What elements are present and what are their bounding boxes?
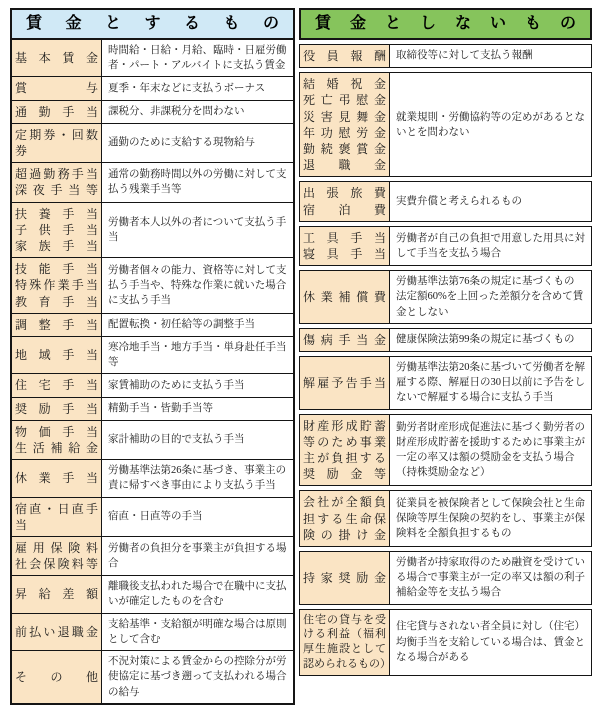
row-label-cell: 工具手当 寝具手当 xyxy=(300,227,390,265)
row-label: 役員報酬 xyxy=(303,48,386,64)
wage-excluded-row: 休業補償費 労働基準法第76条の規定に基づくもの 法定額60%を上回った差額分を… xyxy=(299,270,592,324)
row-label: 会社が全額負 担する生命保 険の掛け金 xyxy=(303,494,386,543)
row-label: 通勤手当 xyxy=(15,104,98,120)
wage-included-row: 扶養手当 子供手当 家族手当 労働者本人以外の者について支払う手当 xyxy=(12,202,293,258)
row-description-cell: 課税分、非課税分を問わない xyxy=(102,101,293,123)
row-description: 住宅貸与されない者全員に対し（住宅）均衡手当を支給している場合は、賃金となる場合… xyxy=(396,619,587,665)
row-description: 通勤のために支給する現物給与 xyxy=(108,135,255,150)
wage-included-section: 賃金とするもの 基本賃金 時間給・日給・月給、臨時・日雇労働者・パート・アルバイ… xyxy=(10,8,295,705)
row-label-cell: 休業補償費 xyxy=(300,271,390,323)
row-label-cell: 会社が全額負 担する生命保 険の掛け金 xyxy=(300,491,390,546)
wage-included-row: 物価手当 生活補給金 家計補助の目的で支払う手当 xyxy=(12,420,293,459)
row-label: 結婚祝金 死亡弔慰金 災害見舞金 年功慰労金 勤続褒賞金 退職金 xyxy=(303,76,386,173)
wage-excluded-row: 出張旅費 宿泊費 実費弁償と考えられるもの xyxy=(299,181,592,221)
row-description: 労働者が自己の負担で用意した用具に対して手当を支払う場合 xyxy=(396,231,587,261)
row-label: 出張旅費 宿泊費 xyxy=(303,185,386,217)
row-description-cell: 労働者が持家取得のため融資を受けている場合で事業主が一定の率又は額の利子補給金等… xyxy=(390,552,591,604)
row-description-cell: 離職後支払われた場合で在職中に支払いが確定したものを含む xyxy=(102,576,293,612)
row-label-cell: 結婚祝金 死亡弔慰金 災害見舞金 年功慰労金 勤続褒賞金 退職金 xyxy=(300,73,390,176)
row-description: 配置転換・初任給等の調整手当 xyxy=(108,317,255,332)
row-label-cell: 地域手当 xyxy=(12,337,102,373)
row-label: 地域手当 xyxy=(15,347,98,363)
row-label-cell: 休業手当 xyxy=(12,460,102,496)
row-description: 労働基準法第76条の規定に基づくもの 法定額60%を上回った差額分を含めて賃金と… xyxy=(396,274,587,320)
row-label-cell: 物価手当 生活補給金 xyxy=(12,421,102,459)
row-label: 財産形成貯蓄 等のため事業 主が負担する 奨励金等 xyxy=(303,418,386,483)
wage-included-row: 賞与 夏季・年末などに支払うボーナス xyxy=(12,76,293,99)
row-label-cell: 雇用保険料 社会保険料等 xyxy=(12,537,102,575)
wage-included-row: 超過勤務手当 深夜手当等 通常の勤務時間以外の労働に対して支払う残業手当等 xyxy=(12,162,293,201)
row-label-cell: 財産形成貯蓄 等のため事業 主が負担する 奨励金等 xyxy=(300,415,390,486)
wage-included-row: 宿直・日直手当 宿直・日直等の手当 xyxy=(12,497,293,536)
row-label-cell: 基本賃金 xyxy=(12,40,102,76)
row-description: 労働基準法第20条に基づいて労働者を解雇する際、解雇日の30日以前に予告をしない… xyxy=(396,360,587,406)
row-label: 調整手当 xyxy=(15,317,98,333)
row-description: 実費弁償と考えられるもの xyxy=(396,194,522,209)
row-label: 技能手当 特殊作業手当 教育手当 xyxy=(15,261,98,310)
row-description: 勤労者財産形成促進法に基づく勤労者の財産形成貯蓄を援助するために事業主が一定の率… xyxy=(396,420,587,481)
wage-included-row: 通勤手当 課税分、非課税分を問わない xyxy=(12,100,293,123)
wage-included-row: 奨励手当 精勤手当・皆勤手当等 xyxy=(12,397,293,420)
row-description: 通常の勤務時間以外の労働に対して支払う残業手当等 xyxy=(108,167,289,197)
row-label-cell: 通勤手当 xyxy=(12,101,102,123)
row-label-cell: 住宅手当 xyxy=(12,374,102,396)
row-label: 休業手当 xyxy=(15,470,98,486)
row-description-cell: 支給基準・支給額が明確な場合は原則として含む xyxy=(102,614,293,650)
row-label-cell: 超過勤務手当 深夜手当等 xyxy=(12,163,102,201)
row-description: 家賃補助のために支払う手当 xyxy=(108,378,245,393)
row-description: 支給基準・支給額が明確な場合は原則として含む xyxy=(108,617,289,647)
row-label: その他 xyxy=(15,669,98,685)
row-label: 奨励手当 xyxy=(15,401,98,417)
row-description-cell: 勤労者財産形成促進法に基づく勤労者の財産形成貯蓄を援助するために事業主が一定の率… xyxy=(390,415,591,486)
row-label-cell: 傷病手当金 xyxy=(300,329,390,351)
row-description-cell: 精勤手当・皆勤手当等 xyxy=(102,398,293,420)
row-description-cell: 配置転換・初任給等の調整手当 xyxy=(102,314,293,336)
row-description: 時間給・日給・月給、臨時・日雇労働者・パート・アルバイトに支払う賃金 xyxy=(108,43,289,73)
row-label-cell: 賞与 xyxy=(12,77,102,99)
row-label-cell: 昇給差額 xyxy=(12,576,102,612)
row-description-cell: 家賃補助のために支払う手当 xyxy=(102,374,293,396)
wage-included-row: 雇用保険料 社会保険料等 労働者の負担分を事業主が負担する場合 xyxy=(12,536,293,575)
row-description-cell: 労働者の負担分を事業主が負担する場合 xyxy=(102,537,293,575)
row-description-cell: 夏季・年末などに支払うボーナス xyxy=(102,77,293,99)
row-description-cell: 労働者個々の能力、資格等に対して支払う手当や、特殊な作業に就いた場合に支払う手当 xyxy=(102,258,293,313)
row-label-cell: 扶養手当 子供手当 家族手当 xyxy=(12,203,102,258)
wage-included-row: 調整手当 配置転換・初任給等の調整手当 xyxy=(12,313,293,336)
row-description-cell: 就業規則・労働協約等の定めがあるとないとを問わない xyxy=(390,73,591,176)
row-label-cell: 住宅の貸与を受 ける利益（福利 厚生施設として 認められるもの） xyxy=(300,610,390,675)
row-description: 労働者が持家取得のため融資を受けている場合で事業主が一定の率又は額の利子補給金等… xyxy=(396,555,587,601)
wage-included-row: 地域手当 寒冷地手当・地方手当・単身赴任手当等 xyxy=(12,336,293,373)
wage-excluded-row: 持家奨励金 労働者が持家取得のため融資を受けている場合で事業主が一定の率又は額の… xyxy=(299,551,592,605)
row-description-cell: 労働基準法第20条に基づいて労働者を解雇する際、解雇日の30日以前に予告をしない… xyxy=(390,357,591,409)
row-label-cell: 調整手当 xyxy=(12,314,102,336)
row-description: 労働者の負担分を事業主が負担する場合 xyxy=(108,541,289,571)
row-description-cell: 取締役等に対して支払う報酬 xyxy=(390,45,591,67)
row-description-cell: 労働者本人以外の者について支払う手当 xyxy=(102,203,293,258)
row-description: 夏季・年末などに支払うボーナス xyxy=(108,81,265,96)
row-description: 健康保険法第99条の規定に基づくもの xyxy=(396,332,575,347)
row-description: 従業員を被保険者として保険会社と生命保険等厚生保険の契約をし、事業主が保険料を全… xyxy=(396,496,587,542)
wage-included-header: 賃金とするもの xyxy=(10,8,295,40)
wage-included-row: 技能手当 特殊作業手当 教育手当 労働者個々の能力、資格等に対して支払う手当や、… xyxy=(12,257,293,313)
row-label: 前払い退職金 xyxy=(15,624,98,640)
row-description-cell: 宿直・日直等の手当 xyxy=(102,498,293,536)
row-label-cell: 前払い退職金 xyxy=(12,614,102,650)
row-label-cell: 宿直・日直手当 xyxy=(12,498,102,536)
row-label-cell: 持家奨励金 xyxy=(300,552,390,604)
row-label: 賞与 xyxy=(15,80,98,96)
row-description: 労働者個々の能力、資格等に対して支払う手当や、特殊な作業に就いた場合に支払う手当 xyxy=(108,263,289,309)
row-description: 離職後支払われた場合で在職中に支払いが確定したものを含む xyxy=(108,579,289,609)
wage-included-row: 住宅手当 家賃補助のために支払う手当 xyxy=(12,373,293,396)
row-description: 精勤手当・皆勤手当等 xyxy=(108,401,213,416)
row-label: 昇給差額 xyxy=(15,586,98,602)
row-description-cell: 健康保険法第99条の規定に基づくもの xyxy=(390,329,591,351)
row-description: 労働基準法第26条に基づき、事業主の責に帰すべき事由により支払う手当 xyxy=(108,463,289,493)
row-label: 超過勤務手当 深夜手当等 xyxy=(15,166,98,198)
row-description-cell: 時間給・日給・月給、臨時・日雇労働者・パート・アルバイトに支払う賃金 xyxy=(102,40,293,76)
row-description: 取締役等に対して支払う報酬 xyxy=(396,48,533,63)
row-description-cell: 寒冷地手当・地方手当・単身赴任手当等 xyxy=(102,337,293,373)
row-description: 宿直・日直等の手当 xyxy=(108,509,203,524)
row-label-cell: 役員報酬 xyxy=(300,45,390,67)
wage-included-row: 基本賃金 時間給・日給・月給、臨時・日雇労働者・パート・アルバイトに支払う賃金 xyxy=(12,40,293,76)
row-description-cell: 労働者が自己の負担で用意した用具に対して手当を支払う場合 xyxy=(390,227,591,265)
row-label: 宿直・日直手当 xyxy=(15,501,98,533)
row-label: 扶養手当 子供手当 家族手当 xyxy=(15,206,98,255)
row-label-cell: 奨励手当 xyxy=(12,398,102,420)
wage-included-row: 休業手当 労働基準法第26条に基づき、事業主の責に帰すべき事由により支払う手当 xyxy=(12,459,293,496)
row-label: 住宅手当 xyxy=(15,377,98,393)
wage-classification-document: 賃金とするもの 基本賃金 時間給・日給・月給、臨時・日雇労働者・パート・アルバイ… xyxy=(0,0,600,715)
row-label-cell: 解雇予告手当 xyxy=(300,357,390,409)
wage-included-row: 定期券・回数券 通勤のために支給する現物給与 xyxy=(12,123,293,162)
wage-included-row: 前払い退職金 支給基準・支給額が明確な場合は原則として含む xyxy=(12,613,293,650)
row-description: 課税分、非課税分を問わない xyxy=(108,104,245,119)
wage-excluded-row: 住宅の貸与を受 ける利益（福利 厚生施設として 認められるもの） 住宅貸与されな… xyxy=(299,609,592,676)
row-description: 不況対策による賃金からの控除分が労使協定に基づき遡って支払われる場合の給与 xyxy=(108,654,289,700)
row-label-cell: 技能手当 特殊作業手当 教育手当 xyxy=(12,258,102,313)
wage-excluded-header: 賃金としないもの xyxy=(299,8,592,40)
row-label-cell: その他 xyxy=(12,651,102,703)
row-label: 住宅の貸与を受 ける利益（福利 厚生施設として 認められるもの） xyxy=(303,613,386,672)
wage-excluded-row: 役員報酬 取締役等に対して支払う報酬 xyxy=(299,44,592,68)
row-description-cell: 労働基準法第26条に基づき、事業主の責に帰すべき事由により支払う手当 xyxy=(102,460,293,496)
row-label: 定期券・回数券 xyxy=(15,127,98,159)
wage-excluded-row: 会社が全額負 担する生命保 険の掛け金 従業員を被保険者として保険会社と生命保険… xyxy=(299,490,592,547)
wage-excluded-row: 傷病手当金 健康保険法第99条の規定に基づくもの xyxy=(299,328,592,352)
row-description-cell: 家計補助の目的で支払う手当 xyxy=(102,421,293,459)
row-label: 持家奨励金 xyxy=(303,570,386,586)
row-description-cell: 従業員を被保険者として保険会社と生命保険等厚生保険の契約をし、事業主が保険料を全… xyxy=(390,491,591,546)
row-description: 就業規則・労働協約等の定めがあるとないとを問わない xyxy=(396,110,587,140)
wage-included-row: 昇給差額 離職後支払われた場合で在職中に支払いが確定したものを含む xyxy=(12,575,293,612)
wage-excluded-row: 財産形成貯蓄 等のため事業 主が負担する 奨励金等 勤労者財産形成促進法に基づく… xyxy=(299,414,592,487)
row-label: 工具手当 寝具手当 xyxy=(303,230,386,262)
row-description-cell: 住宅貸与されない者全員に対し（住宅）均衡手当を支給している場合は、賃金となる場合… xyxy=(390,610,591,675)
wage-excluded-row: 工具手当 寝具手当 労働者が自己の負担で用意した用具に対して手当を支払う場合 xyxy=(299,226,592,266)
wage-excluded-row: 結婚祝金 死亡弔慰金 災害見舞金 年功慰労金 勤続褒賞金 退職金 就業規則・労働… xyxy=(299,72,592,177)
row-label: 解雇予告手当 xyxy=(303,375,386,391)
row-description: 家計補助の目的で支払う手当 xyxy=(108,432,245,447)
row-label-cell: 定期券・回数券 xyxy=(12,124,102,162)
row-description-cell: 実費弁償と考えられるもの xyxy=(390,182,591,220)
wage-included-rows: 基本賃金 時間給・日給・月給、臨時・日雇労働者・パート・アルバイトに支払う賃金 … xyxy=(10,38,295,705)
row-label: 雇用保険料 社会保険料等 xyxy=(15,540,98,572)
row-description: 寒冷地手当・地方手当・単身赴任手当等 xyxy=(108,340,289,370)
row-label: 基本賃金 xyxy=(15,50,98,66)
row-description-cell: 不況対策による賃金からの控除分が労使協定に基づき遡って支払われる場合の給与 xyxy=(102,651,293,703)
row-description-cell: 労働基準法第76条の規定に基づくもの 法定額60%を上回った差額分を含めて賃金と… xyxy=(390,271,591,323)
row-label-cell: 出張旅費 宿泊費 xyxy=(300,182,390,220)
wage-excluded-rows: 役員報酬 取締役等に対して支払う報酬 結婚祝金 死亡弔慰金 災害見舞金 年功慰労… xyxy=(299,40,592,676)
row-label: 物価手当 生活補給金 xyxy=(15,424,98,456)
wage-included-row: その他 不況対策による賃金からの控除分が労使協定に基づき遡って支払われる場合の給… xyxy=(12,650,293,703)
row-description-cell: 通勤のために支給する現物給与 xyxy=(102,124,293,162)
wage-excluded-row: 解雇予告手当 労働基準法第20条に基づいて労働者を解雇する際、解雇日の30日以前… xyxy=(299,356,592,410)
row-description-cell: 通常の勤務時間以外の労働に対して支払う残業手当等 xyxy=(102,163,293,201)
row-label: 傷病手当金 xyxy=(303,332,386,348)
wage-excluded-section: 賃金としないもの 役員報酬 取締役等に対して支払う報酬 結婚祝金 死亡弔慰金 災… xyxy=(299,8,592,705)
row-label: 休業補償費 xyxy=(303,289,386,305)
row-description: 労働者本人以外の者について支払う手当 xyxy=(108,215,289,245)
